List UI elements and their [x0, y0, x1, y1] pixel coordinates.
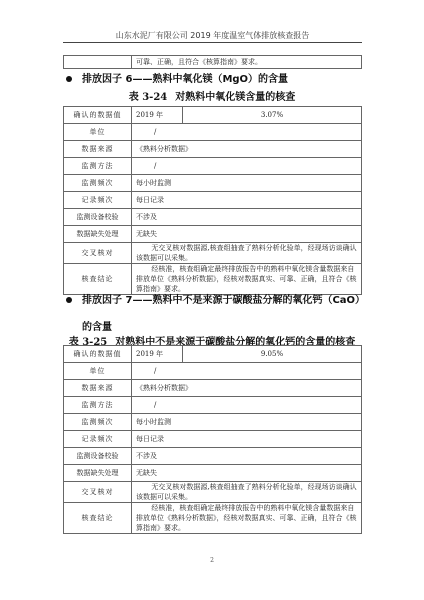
table-row: 单位 /	[64, 124, 362, 141]
page-number: 2	[0, 557, 424, 564]
table-3-24: 确认的数据值 2019 年 3.07% 单位 / 数据来源 《熟料分析数据》 监…	[63, 106, 362, 295]
table-3-25: 确认的数据值 2019 年 9.05% 单位 / 数据来源 《熟料分析数据》 监…	[63, 345, 362, 534]
table-row: 监测设备校验 不涉及	[64, 209, 362, 226]
table-3-24-title: 表 3-24对熟料中氧化镁含量的核查	[0, 88, 424, 103]
bullet-icon	[66, 76, 72, 82]
section6-heading: 排放因子 6——熟料中氧化镁（MgO）的含量	[66, 70, 288, 85]
fragment-label-cell	[64, 56, 132, 69]
page-header: 山东水泥厂有限公司 2019 年度温室气体排放核查报告	[63, 30, 362, 41]
table-row: 数据来源 《熟料分析数据》	[64, 141, 362, 158]
fragment-text: 可靠、正确，且符合《核算指南》要求。	[132, 56, 362, 69]
table-row: 数据缺失处理 无缺失	[64, 226, 362, 243]
table-row: 监测方法 /	[64, 397, 362, 414]
table-row: 监测频次 每小时监测	[64, 414, 362, 431]
section7-heading: 排放因子 7——熟料中不是来源于碳酸盐分解的氧化钙（CaO）	[66, 291, 365, 306]
table-row: 记录频次 每日记录	[64, 431, 362, 448]
table-row: 监测设备校验 不涉及	[64, 448, 362, 465]
table-row: 核查结论 经核准，核查组确定最终排放报告中的熟料中氧化镁含量数据来自排放单位《熟…	[64, 264, 362, 295]
table-row: 监测频次 每小时监测	[64, 175, 362, 192]
previous-table-fragment: 可靠、正确，且符合《核算指南》要求。	[63, 55, 362, 69]
table-row: 确认的数据值 2019 年 9.05%	[64, 346, 362, 363]
bullet-icon	[66, 297, 72, 303]
header-rule	[63, 42, 362, 43]
table-row: 单位 /	[64, 363, 362, 380]
table-row: 交叉核对 无交叉核对数据源,核查组抽查了熟料分析化验单，经现场访谈确认该数据可以…	[64, 243, 362, 264]
table-row: 数据来源 《熟料分析数据》	[64, 380, 362, 397]
table-row: 监测方法 /	[64, 158, 362, 175]
table-row: 记录频次 每日记录	[64, 192, 362, 209]
table-row: 确认的数据值 2019 年 3.07%	[64, 107, 362, 124]
section7-heading-cont: 的含量	[82, 318, 112, 333]
table-row: 数据缺失处理 无缺失	[64, 465, 362, 482]
table-row: 核查结论 经核准，核查组确定最终排放报告中的熟料中氧化镁含量数据来自排放单位《熟…	[64, 503, 362, 534]
table-row: 交叉核对 无交叉核对数据源,核查组抽查了熟料分析化验单，经现场访谈确认该数据可以…	[64, 482, 362, 503]
